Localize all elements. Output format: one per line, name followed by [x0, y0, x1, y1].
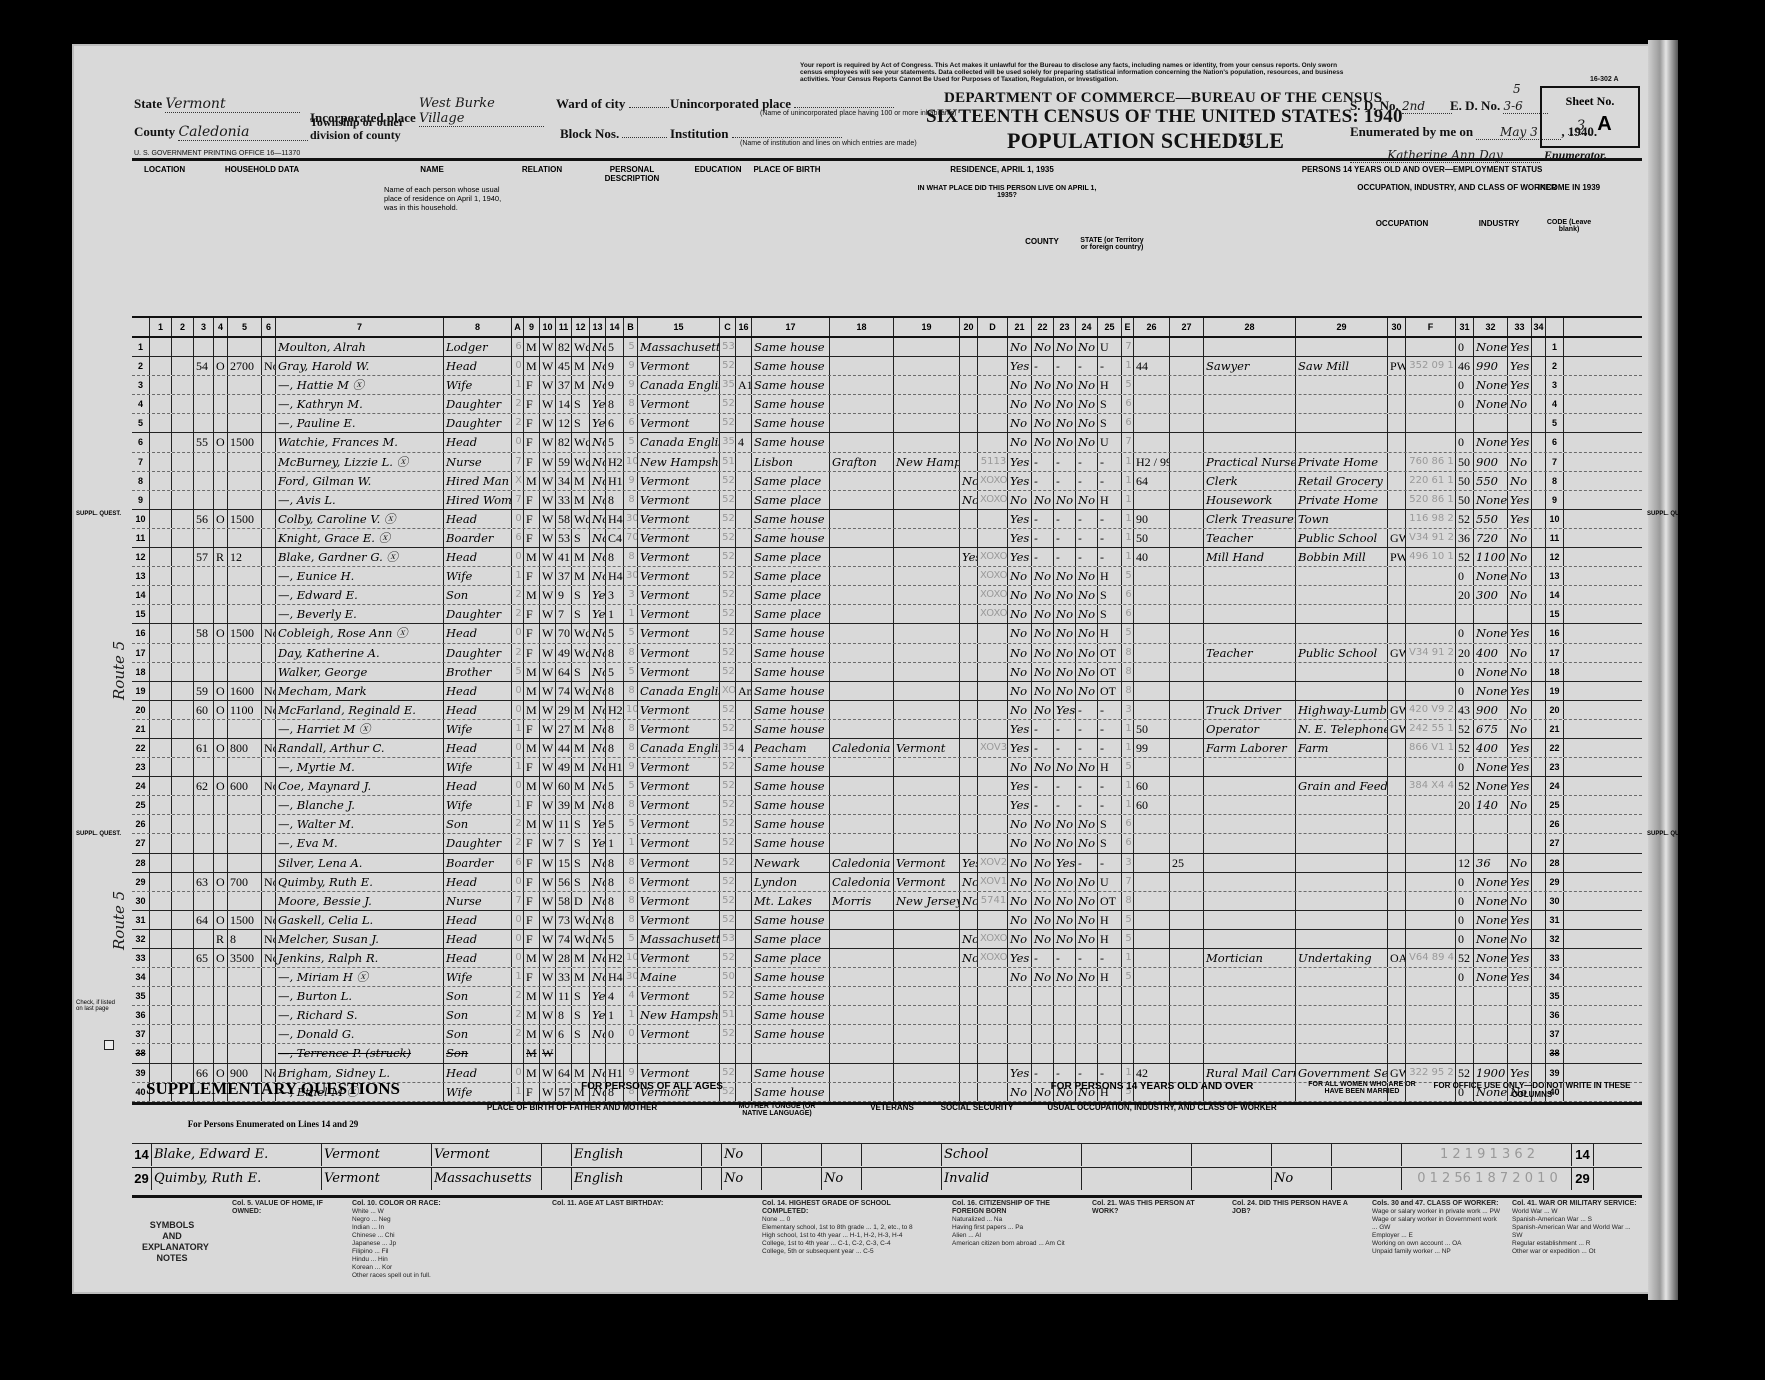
cell-w23: -: [1054, 796, 1076, 814]
cell-age: 56: [556, 873, 572, 891]
cell-wages: None: [1474, 338, 1508, 356]
cell-ind: [1296, 854, 1388, 872]
cell-sch: No: [590, 739, 606, 757]
cell-rel: Head: [444, 510, 512, 528]
cell-rel: Head: [444, 701, 512, 719]
cell-weeks: 0: [1456, 873, 1474, 891]
cell-res: Same house: [752, 796, 830, 814]
cell-w21: No: [1008, 701, 1032, 719]
cell-w21: Yes: [1008, 949, 1032, 967]
cell-occ: [1204, 834, 1296, 852]
cell-w24: No: [1076, 395, 1098, 413]
institution-value: [732, 137, 842, 138]
industry-col-header: INDUSTRY: [1454, 219, 1544, 228]
cell-d: [978, 968, 1008, 986]
cell-f: [1406, 586, 1456, 604]
column-number: 7: [276, 318, 444, 336]
cell-w23: -: [1054, 720, 1076, 738]
cell-own: [214, 395, 228, 413]
cell-occ: [1204, 605, 1296, 623]
sheet-letter: A: [1597, 113, 1611, 135]
cell-county: Caledonia: [830, 739, 894, 757]
cell-blank: [1532, 1025, 1546, 1043]
cell-w23: No: [1054, 968, 1076, 986]
cell-state: [894, 1044, 960, 1062]
cell-race: W: [540, 815, 556, 833]
cell-value: [228, 529, 262, 547]
cell-cit: [736, 548, 752, 566]
state-label: State: [134, 96, 162, 111]
cell-line: 35: [132, 987, 150, 1005]
cell-blank: [150, 873, 172, 891]
cell-age: 64: [556, 663, 572, 681]
cell-state: [894, 586, 960, 604]
cell-state: [894, 338, 960, 356]
note-col10-items: White ... WNegro ... NegIndian ... InChi…: [352, 1208, 482, 1280]
cell-w21: No: [1008, 930, 1032, 948]
state-field: State Vermont: [134, 96, 300, 113]
cell-cls: GW: [1388, 529, 1406, 547]
cell-w25: S: [1098, 586, 1122, 604]
cell-a: 2: [512, 586, 524, 604]
cell-line: 19: [1546, 682, 1564, 700]
cell-w25: OT: [1098, 892, 1122, 910]
cell-race: W: [540, 968, 556, 986]
note-item: Filipino ... Fil: [352, 1248, 482, 1256]
cell-state: [894, 911, 960, 929]
cell-weeks: 0: [1456, 968, 1474, 986]
cell-e: 7: [1122, 338, 1134, 356]
cell-farm35: [960, 720, 978, 738]
cell-ind: Public School: [1296, 644, 1388, 662]
cell-cit: [736, 338, 752, 356]
cell-line: 7: [1546, 453, 1564, 471]
cell-w24: -: [1076, 796, 1098, 814]
cell-race: W: [540, 892, 556, 910]
cell-line: 3: [132, 376, 150, 394]
cell-dwelling: [194, 376, 214, 394]
cell-w21: No: [1008, 758, 1032, 776]
cell-line: 23: [1546, 758, 1564, 776]
cell-w24: No: [1076, 682, 1098, 700]
cell-wages: 550: [1474, 510, 1508, 528]
cell-occ: [1204, 777, 1296, 795]
cell-e: 5: [1122, 376, 1134, 394]
cell-cit: [736, 414, 752, 432]
cell-own: [214, 605, 228, 623]
cell-blank: [150, 376, 172, 394]
cell-line: 25: [1546, 796, 1564, 814]
cell-line: 8: [132, 472, 150, 490]
cell-cls: [1388, 911, 1406, 929]
cell-weeks: 52: [1456, 949, 1474, 967]
cell-value: [228, 395, 262, 413]
cell-b: 5: [624, 930, 638, 948]
cell-line: 2: [132, 357, 150, 375]
cell-cls: [1388, 892, 1406, 910]
cell-race: W: [540, 1025, 556, 1043]
cell-unemp: [1170, 739, 1204, 757]
cell-blank: [172, 529, 194, 547]
cell-c: 52: [720, 357, 736, 375]
cell-ind: [1296, 624, 1388, 642]
cell-age: 41: [556, 548, 572, 566]
cell-dwelling: [194, 968, 214, 986]
cell-birth: Vermont: [638, 777, 720, 795]
cell-rel: Boarder: [444, 854, 512, 872]
cell-wages: 675: [1474, 720, 1508, 738]
column-number: 6: [262, 318, 276, 336]
supp-cell-blank: [1332, 1144, 1402, 1166]
cell-other: [1508, 1025, 1532, 1043]
cell-e: 5: [1122, 930, 1134, 948]
cell-occ: [1204, 663, 1296, 681]
cell-line: 30: [1546, 892, 1564, 910]
cell-race: W: [540, 701, 556, 719]
cell-race: W: [540, 834, 556, 852]
cell-line: 3: [1546, 376, 1564, 394]
note-col10: Col. 10. COLOR OR RACE:: [352, 1200, 441, 1207]
cell-d: [978, 376, 1008, 394]
cell-w21: No: [1008, 644, 1032, 662]
cell-cls: [1388, 586, 1406, 604]
suppl-quest-right-29: SUPPL. QUEST.: [1647, 831, 1692, 837]
cell-c: 52: [720, 414, 736, 432]
cell-state: [894, 605, 960, 623]
county-label: County: [134, 124, 175, 139]
supp-usual-occ: USUAL OCCUPATION, INDUSTRY, AND CLASS OF…: [1032, 1103, 1292, 1112]
cell-grade: 8: [606, 682, 624, 700]
column-number: 12: [572, 318, 590, 336]
cell-w21: Yes: [1008, 510, 1032, 528]
cell-birth: Massachusetts: [638, 338, 720, 356]
cell-cit: [736, 949, 752, 967]
cell-dwelling: [194, 453, 214, 471]
cell-line: 20: [1546, 701, 1564, 719]
cell-state: [894, 834, 960, 852]
cell-other: Yes: [1508, 376, 1532, 394]
cell-rel: Son: [444, 1044, 512, 1062]
cell-res: Same place: [752, 605, 830, 623]
cell-value: 3500: [228, 949, 262, 967]
supplementary-row: 14Blake, Edward E.VermontVermontEnglishN…: [132, 1143, 1642, 1166]
cell-dwelling: 62: [194, 777, 214, 795]
cell-age: 49: [556, 644, 572, 662]
cell-unemp: [1170, 414, 1204, 432]
cell-wages: 550: [1474, 472, 1508, 490]
cell-farm35: [960, 834, 978, 852]
cell-w25: [1098, 1006, 1122, 1024]
cell-farm: [262, 1044, 276, 1062]
cell-race: W: [540, 414, 556, 432]
cell-other: No: [1508, 548, 1532, 566]
cell-f: [1406, 892, 1456, 910]
cell-birth: Vermont: [638, 624, 720, 642]
cell-weeks: 50: [1456, 472, 1474, 490]
cell-line: 27: [132, 834, 150, 852]
cell-cls: [1388, 1044, 1406, 1062]
cell-own: [214, 987, 228, 1005]
cell-dwelling: 54: [194, 357, 214, 375]
cell-rel: Head: [444, 624, 512, 642]
cell-weeks: [1456, 1006, 1474, 1024]
cell-weeks: 20: [1456, 586, 1474, 604]
cell-value: [228, 987, 262, 1005]
supp-cell-usual_occ: Invalid: [942, 1168, 1082, 1190]
cell-wages: [1474, 1044, 1508, 1062]
cell-w24: No: [1076, 567, 1098, 585]
cell-ind: [1296, 663, 1388, 681]
cell-grade: 5: [606, 338, 624, 356]
cell-d: XOXO: [978, 586, 1008, 604]
cell-blank: [1532, 624, 1546, 642]
cell-a: 2: [512, 395, 524, 413]
cell-blank: [150, 491, 172, 509]
supp-cell-blank: [862, 1168, 942, 1190]
cell-blank: [150, 949, 172, 967]
cell-cit: [736, 987, 752, 1005]
cell-f: 496 10 1: [1406, 548, 1456, 566]
cell-res: Same house: [752, 701, 830, 719]
cell-occ: Teacher: [1204, 644, 1296, 662]
note-item: Elementary school, 1st to 8th grade ... …: [762, 1224, 932, 1232]
cell-res: Same house: [752, 433, 830, 451]
cell-res: Same house: [752, 529, 830, 547]
cell-wages: 900: [1474, 453, 1508, 471]
cell-ind: [1296, 873, 1388, 891]
cell-unemp: [1170, 624, 1204, 642]
cell-value: 1600: [228, 682, 262, 700]
cell-w24: [1076, 1025, 1098, 1043]
cell-line: 37: [132, 1025, 150, 1043]
cell-d: XOXO: [978, 930, 1008, 948]
cell-age: 15: [556, 854, 572, 872]
cell-sex: M: [524, 701, 540, 719]
cell-own: O: [214, 682, 228, 700]
cell-blank: [172, 1006, 194, 1024]
cell-occ: [1204, 376, 1296, 394]
cell-own: O: [214, 739, 228, 757]
cell-state: [894, 930, 960, 948]
cell-rel: Head: [444, 433, 512, 451]
check-box[interactable]: [104, 1040, 114, 1050]
section-residence: RESIDENCE, APRIL 1, 1935: [902, 165, 1102, 174]
cell-weeks: 36: [1456, 529, 1474, 547]
cell-cls: [1388, 376, 1406, 394]
cell-unemp: [1170, 605, 1204, 623]
cell-race: W: [540, 987, 556, 1005]
cell-county: [830, 414, 894, 432]
cell-d: [978, 529, 1008, 547]
cell-d: [978, 682, 1008, 700]
cell-e: 1: [1122, 510, 1134, 528]
cell-county: [830, 529, 894, 547]
cell-birth: Vermont: [638, 911, 720, 929]
cell-sex: M: [524, 548, 540, 566]
cell-other: [1508, 1044, 1532, 1062]
cell-value: [228, 605, 262, 623]
cell-hrs: [1134, 930, 1170, 948]
cell-w22: No: [1032, 834, 1054, 852]
cell-ind: [1296, 433, 1388, 451]
cell-w24: No: [1076, 491, 1098, 509]
table-row: 3164O1500NoGaskell, Celia L.Head0FW73WdN…: [132, 911, 1642, 930]
cell-unemp: [1170, 548, 1204, 566]
cell-weeks: 0: [1456, 376, 1474, 394]
cell-sex: M: [524, 663, 540, 681]
supp-cell-vet: No: [722, 1144, 762, 1166]
cell-other: Yes: [1508, 682, 1532, 700]
cell-ms: S: [572, 586, 590, 604]
cell-wages: None: [1474, 491, 1508, 509]
cell-other: No: [1508, 529, 1532, 547]
cell-name: —, Hattie M ⓧ: [276, 376, 444, 394]
note-item: Employer ... E: [1372, 1232, 1502, 1240]
cell-d: 5113: [978, 453, 1008, 471]
cell-name: —, Eva M.: [276, 834, 444, 852]
column-number: 18: [830, 318, 894, 336]
cell-line: 35: [1546, 987, 1564, 1005]
cell-age: 82: [556, 433, 572, 451]
cell-w22: -: [1032, 357, 1054, 375]
cell-race: W: [540, 624, 556, 642]
cell-cit: [736, 491, 752, 509]
cell-farm35: [960, 663, 978, 681]
supp-cell-office: 0 1 2 56 1 8 7 2 0 1 0: [1402, 1168, 1572, 1190]
cell-weeks: 0: [1456, 758, 1474, 776]
cell-farm35: [960, 529, 978, 547]
cell-w23: No: [1054, 376, 1076, 394]
cell-state: [894, 624, 960, 642]
cell-b: 70: [624, 529, 638, 547]
cell-other: Yes: [1508, 491, 1532, 509]
ed-label: E. D. No.: [1450, 98, 1500, 113]
cell-cit: [736, 930, 752, 948]
cell-f: 420 V9 2: [1406, 701, 1456, 719]
cell-sch: No: [590, 968, 606, 986]
cell-line: 34: [1546, 968, 1564, 986]
cell-own: O: [214, 949, 228, 967]
cell-blank: [172, 854, 194, 872]
cell-occ: [1204, 586, 1296, 604]
cell-a: 0: [512, 682, 524, 700]
cell-name: McFarland, Reginald E.: [276, 701, 444, 719]
institution-label: Institution: [670, 126, 729, 141]
cell-w22: -: [1032, 777, 1054, 795]
note-item: White ... W: [352, 1208, 482, 1216]
cell-age: 74: [556, 930, 572, 948]
cell-grade: 8: [606, 720, 624, 738]
cell-line: 38: [1546, 1044, 1564, 1062]
cell-line: 12: [132, 548, 150, 566]
cell-hrs: [1134, 873, 1170, 891]
cell-rel: Wife: [444, 796, 512, 814]
cell-blank: [172, 815, 194, 833]
cell-w21: No: [1008, 624, 1032, 642]
section-name: NAME: [372, 165, 492, 174]
cell-cls: OA: [1388, 949, 1406, 967]
column-number-row: 12345678A91011121314B15C1617181920D21222…: [132, 318, 1642, 338]
cell-w24: No: [1076, 968, 1098, 986]
cell-county: [830, 338, 894, 356]
cell-d: XOV2: [978, 854, 1008, 872]
cell-hrs: H2 / 99: [1134, 453, 1170, 471]
cell-hrs: [1134, 949, 1170, 967]
sd-label: S. D. No.: [1350, 98, 1399, 113]
cell-res: Lisbon: [752, 453, 830, 471]
cell-line: 16: [132, 624, 150, 642]
table-row: 34—, Miriam H ⓧWife1FW33MNoH430Maine50Sa…: [132, 968, 1642, 987]
cell-line: 29: [132, 873, 150, 891]
cell-birth: Canada English: [638, 739, 720, 757]
cell-state: [894, 987, 960, 1005]
cell-other: [1508, 414, 1532, 432]
cell-county: [830, 644, 894, 662]
cell-age: 6: [556, 1025, 572, 1043]
cell-farm35: No: [960, 472, 978, 490]
cell-county: [830, 834, 894, 852]
cell-name: Watchie, Frances M.: [276, 433, 444, 451]
cell-d: [978, 777, 1008, 795]
cell-blank: [1532, 758, 1546, 776]
cell-age: 7: [556, 834, 572, 852]
supp-cell-name: Quimby, Ruth E.: [152, 1168, 322, 1190]
cell-occ: [1204, 758, 1296, 776]
cell-name: Quimby, Ruth E.: [276, 873, 444, 891]
cell-w24: No: [1076, 338, 1098, 356]
cell-grade: 1: [606, 605, 624, 623]
cell-blank: [1532, 701, 1546, 719]
cell-blank: [172, 395, 194, 413]
cell-ind: [1296, 567, 1388, 585]
cell-d: [978, 796, 1008, 814]
cell-cls: GW: [1388, 701, 1406, 719]
cell-county: [830, 758, 894, 776]
cell-b: 8: [624, 892, 638, 910]
cell-cit: [736, 1025, 752, 1043]
supp-cell-usual_ind: [1082, 1168, 1192, 1190]
cell-f: [1406, 682, 1456, 700]
cell-d: [978, 720, 1008, 738]
cell-birth: Vermont: [638, 395, 720, 413]
section-personal: PERSONAL DESCRIPTION: [587, 165, 677, 183]
cell-w24: -: [1076, 739, 1098, 757]
cell-race: W: [540, 395, 556, 413]
cell-value: [228, 968, 262, 986]
cell-birth: Vermont: [638, 949, 720, 967]
cell-birth: Maine: [638, 968, 720, 986]
cell-f: V34 91 2: [1406, 529, 1456, 547]
cell-sex: M: [524, 357, 540, 375]
cell-other: No: [1508, 930, 1532, 948]
cell-other: No: [1508, 663, 1532, 681]
cell-farm: No: [262, 357, 276, 375]
cell-wages: None: [1474, 758, 1508, 776]
cell-e: 6: [1122, 395, 1134, 413]
cell-wages: None: [1474, 376, 1508, 394]
cell-b: 8: [624, 854, 638, 872]
cell-farm35: [960, 624, 978, 642]
cell-county: [830, 433, 894, 451]
cell-w25: -: [1098, 854, 1122, 872]
cell-line: 30: [132, 892, 150, 910]
cell-res: Same house: [752, 815, 830, 833]
cell-c: 52: [720, 796, 736, 814]
cell-age: 27: [556, 720, 572, 738]
cell-ms: M: [572, 796, 590, 814]
cell-cls: [1388, 433, 1406, 451]
cell-e: 1: [1122, 739, 1134, 757]
